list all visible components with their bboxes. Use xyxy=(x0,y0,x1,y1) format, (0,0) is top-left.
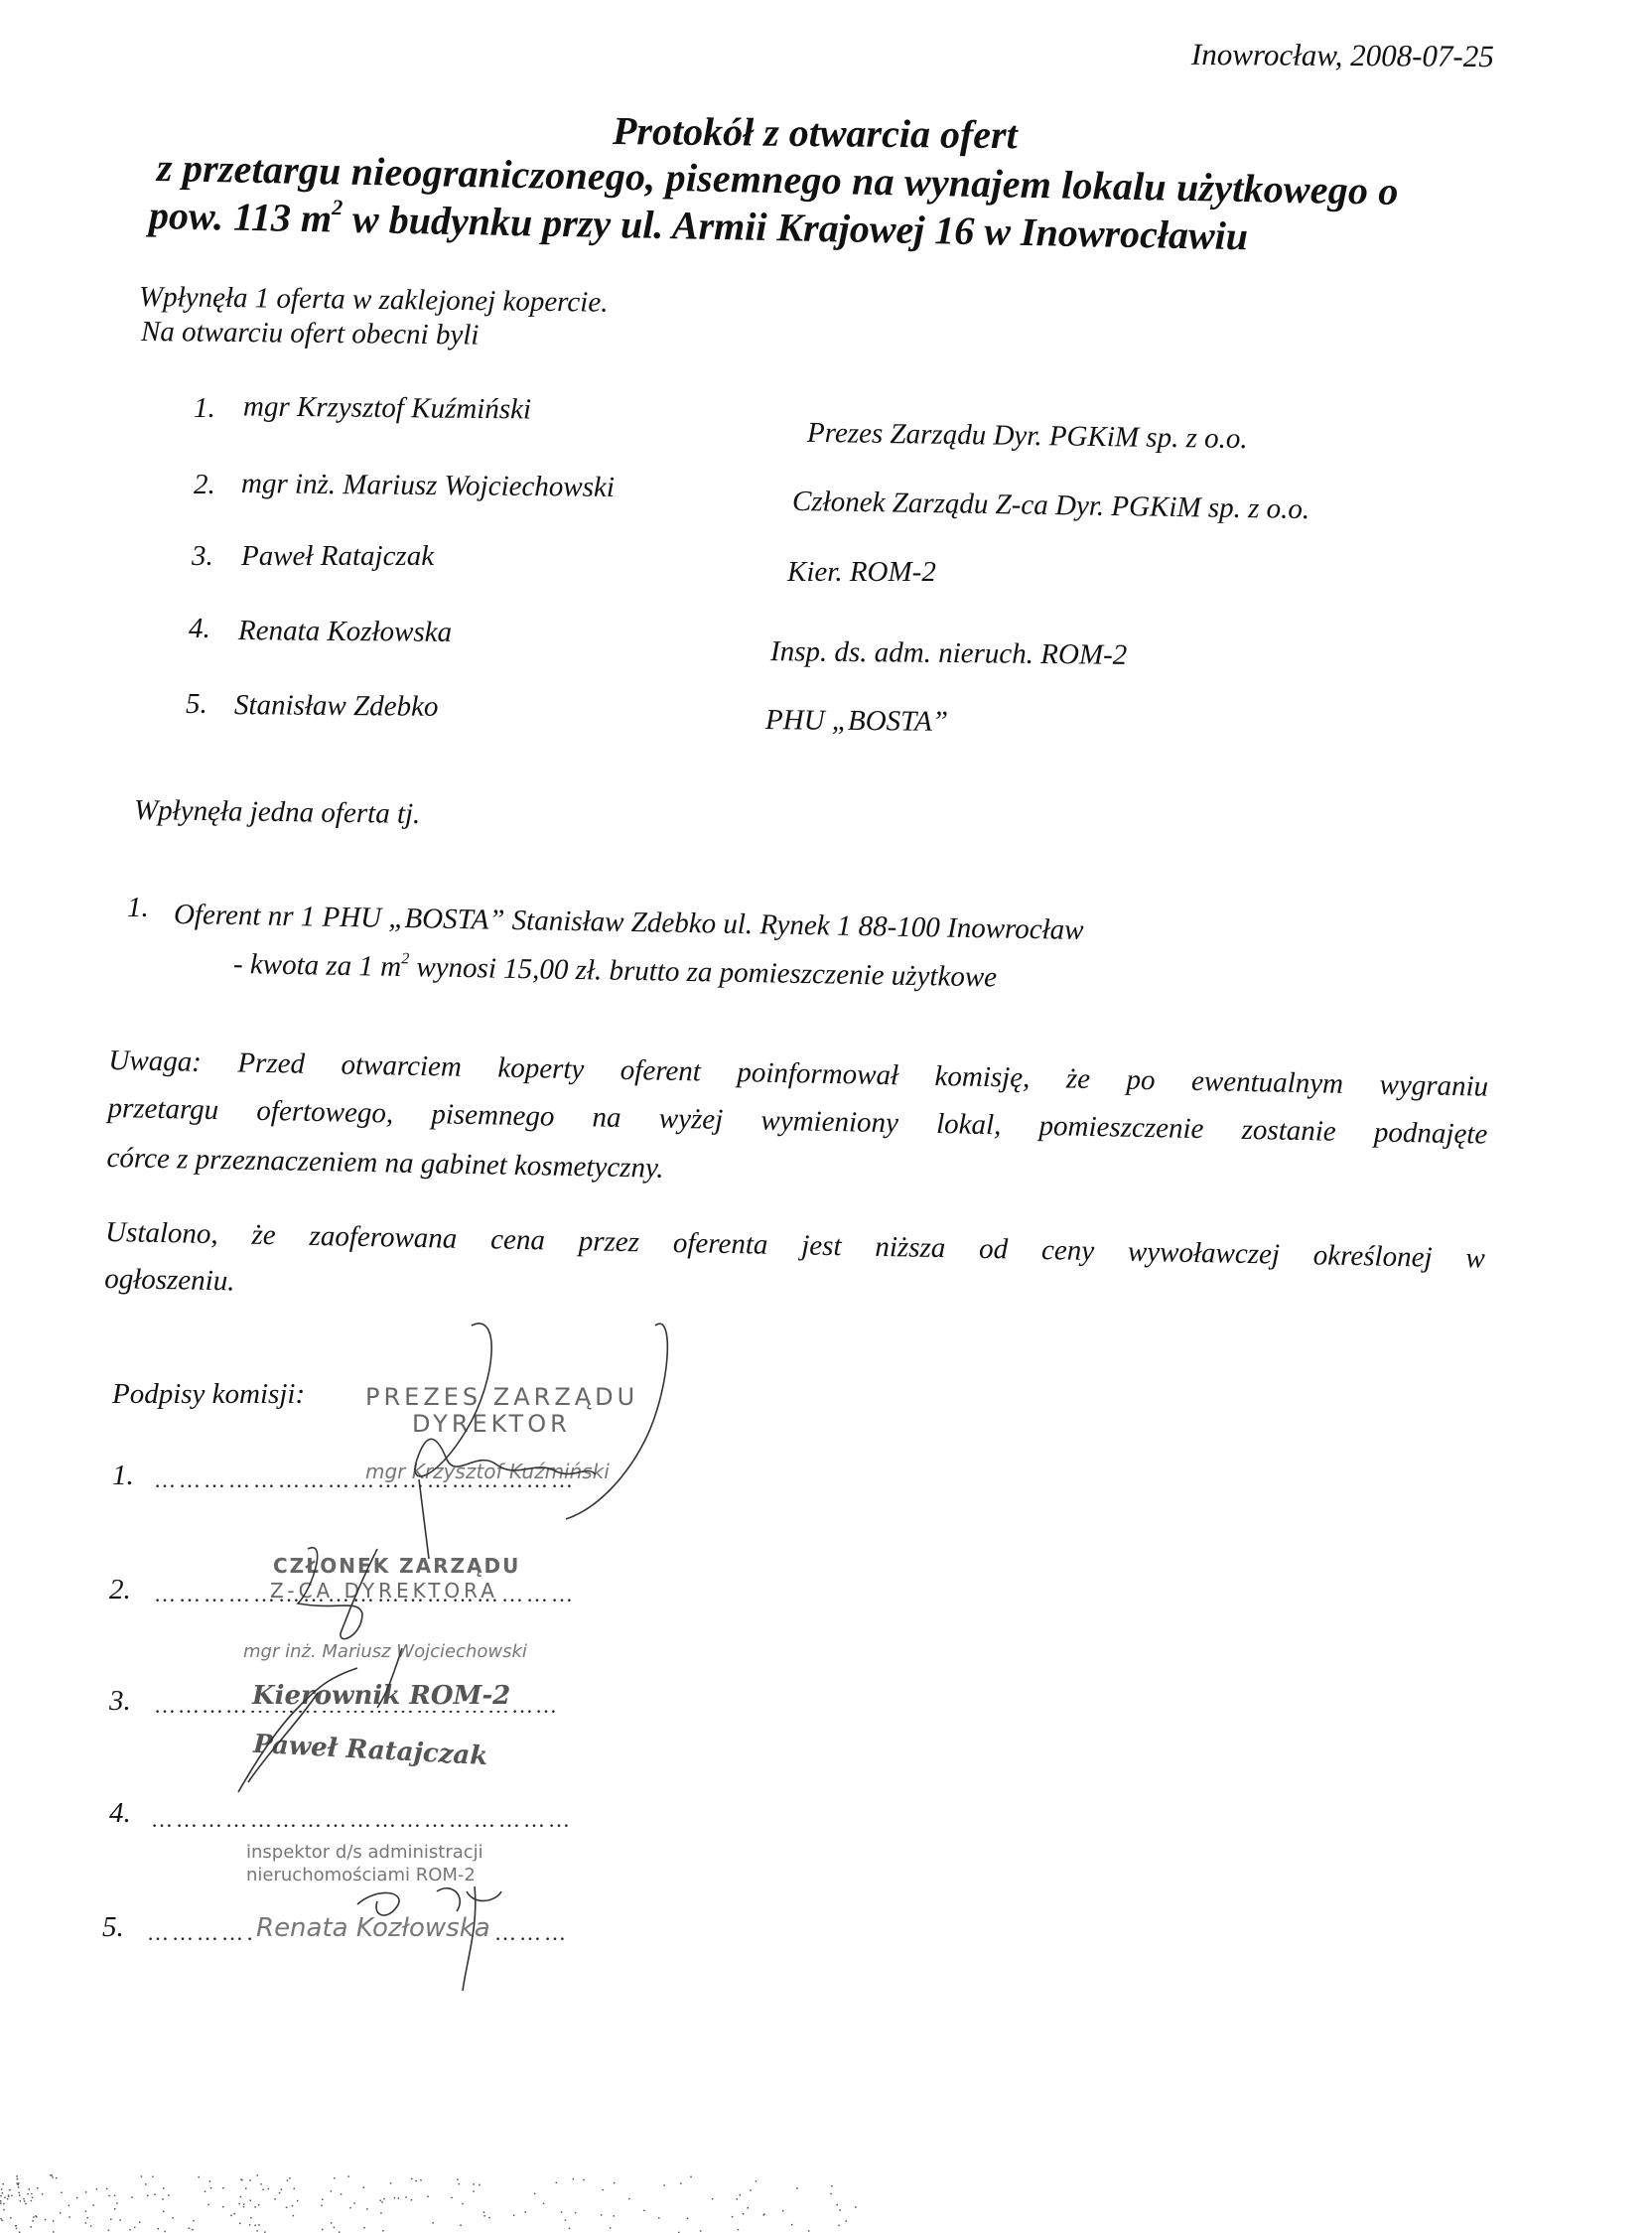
stamp-title: inspektor d/s administracji xyxy=(246,1842,483,1863)
note-paragraph: Uwaga:Przedotwarciemkopertyoferentpoinfo… xyxy=(109,1033,1499,1059)
scan-noise xyxy=(0,2164,1652,2233)
note-word: w xyxy=(1465,1242,1485,1275)
note-word: poinformował xyxy=(737,1056,898,1092)
note-word: zostanie xyxy=(1241,1114,1336,1149)
note-word: określonej xyxy=(1313,1239,1433,1274)
attendee-role: Insp. ds. adm. nieruch. ROM-2 xyxy=(770,635,1128,672)
note-word: że xyxy=(1066,1063,1091,1096)
signature-number: 4. xyxy=(109,1797,131,1830)
signature-number: 3. xyxy=(109,1685,131,1718)
attendee-name: mgr inż. Mariusz Wojciechowski xyxy=(241,468,615,504)
note-word: przetargu xyxy=(107,1092,218,1127)
superscript: 2 xyxy=(332,195,343,219)
note-word: Przed xyxy=(237,1047,305,1080)
stamp-title: PREZES ZARZĄDU xyxy=(365,1383,638,1411)
attendee-number: 3. xyxy=(192,540,213,573)
attendee-role: Prezes Zarządu Dyr. PGKiM sp. z o.o. xyxy=(807,417,1248,456)
price-text: - kwota za 1 m xyxy=(233,948,402,983)
stamp-name: mgr inż. Mariusz Wojciechowski xyxy=(243,1641,527,1662)
note-word: oferenta xyxy=(673,1227,768,1262)
stamp-name: mgr Krzysztof Kuźmiński xyxy=(365,1460,610,1483)
note-word: zaoferowana xyxy=(309,1220,457,1256)
note-word: ceny xyxy=(1041,1234,1095,1268)
stamp-title: Z-CA DYREKTORA xyxy=(270,1579,498,1603)
note-word: że xyxy=(251,1219,276,1252)
attendee-role: Kier. ROM-2 xyxy=(787,556,936,589)
note-word: koperty xyxy=(497,1052,585,1087)
note-word: niższa xyxy=(875,1231,946,1265)
stamp-name: Paweł Ratajczak xyxy=(252,1730,488,1771)
attendee-number: 1. xyxy=(194,392,215,425)
document-page: Inowrocław, 2008-07-25 Protokół z otwarc… xyxy=(0,0,1652,2233)
note-word: Uwaga: xyxy=(108,1045,202,1079)
attendee-number: 2. xyxy=(194,469,215,501)
intro-line2: Na otwarciu ofert obecni byli xyxy=(141,316,480,352)
note-word: lokal, xyxy=(936,1108,1002,1142)
document-title: Protokół z otwarcia ofert xyxy=(613,107,1018,158)
note-word: wymieniony xyxy=(760,1105,898,1141)
stamp-title: nieruchomościami ROM-2 xyxy=(246,1865,476,1885)
note-line: ogłoszeniu. xyxy=(104,1263,1484,1323)
offers-heading: Wpłynęła jedna oferta tj. xyxy=(134,794,421,831)
note-word: ofertowego, xyxy=(256,1095,393,1131)
note-word: na xyxy=(592,1101,621,1135)
attendee-name: Renata Kozłowska xyxy=(238,615,452,649)
note-word: otwarciem xyxy=(341,1048,462,1083)
note-word: wygraniu xyxy=(1379,1069,1488,1104)
signature-number: 5. xyxy=(102,1911,124,1944)
note-word: po xyxy=(1126,1064,1156,1098)
note-word: Ustalono, xyxy=(105,1216,218,1251)
subtitle-text: pow. 113 m xyxy=(149,193,333,241)
note-word: wywoławczej xyxy=(1128,1236,1281,1272)
stamp-name: Renata Kozłowska xyxy=(253,1913,493,1943)
note-word: pisemnego xyxy=(431,1098,555,1133)
note-word: podnajęte xyxy=(1374,1116,1488,1151)
attendee-name: Stanisław Zdebko xyxy=(234,689,439,724)
attendee-name: Paweł Ratajczak xyxy=(241,540,434,573)
note-word: komisję, xyxy=(934,1060,1030,1095)
offer-details: Oferent nr 1 PHU „BOSTA” Stanisław Zdebk… xyxy=(174,899,1084,947)
note-word: oferent xyxy=(619,1054,701,1089)
stamp-title: CZŁONEK ZARZĄDU xyxy=(273,1554,520,1578)
attendee-number: 5. xyxy=(186,688,207,721)
place-date: Inowrocław, 2008-07-25 xyxy=(1191,37,1494,74)
intro-line1: Wpłynęła 1 oferta w zaklejonej kopercie. xyxy=(139,281,609,320)
stamp-title: DYREKTOR xyxy=(412,1410,571,1438)
signatures-heading: Podpisy komisji: xyxy=(112,1378,305,1411)
note-line: córce z przeznaczeniem na gabinet kosmet… xyxy=(106,1142,1486,1201)
offer-number: 1. xyxy=(127,892,149,924)
note-word: ewentualnym xyxy=(1191,1065,1344,1101)
note-word: przez xyxy=(578,1225,639,1259)
signature-number: 2. xyxy=(109,1574,131,1606)
offer-price: - kwota za 1 m2 wynosi 15,00 zł. brutto … xyxy=(233,948,998,994)
note-word: pomieszczenie xyxy=(1038,1110,1204,1146)
stamp-title: Kierownik ROM-2 xyxy=(248,1681,514,1711)
note-word: jest xyxy=(801,1229,842,1263)
price-text: wynosi 15,00 zł. brutto za pomieszczenie… xyxy=(409,951,998,993)
signature-number: 1. xyxy=(112,1460,134,1492)
note-word: wyżej xyxy=(658,1103,723,1137)
note-word: od xyxy=(979,1233,1009,1267)
attendee-role: PHU „BOSTA” xyxy=(765,704,948,739)
attendee-name: mgr Krzysztof Kuźmiński xyxy=(243,390,531,426)
signature-dotted-line: …………………………………………… xyxy=(151,1807,573,1833)
note-line: przetarguofertowego,pisemnegonawyżejwymi… xyxy=(107,1092,1487,1152)
attendee-role: Członek Zarządu Z-ca Dyr. PGKiM sp. z o.… xyxy=(792,486,1310,526)
attendee-number: 4. xyxy=(189,613,210,645)
note-line: Uwaga:Przedotwarciemkopertyoferentpoinfo… xyxy=(108,1045,1488,1104)
note-word: cena xyxy=(490,1223,545,1257)
